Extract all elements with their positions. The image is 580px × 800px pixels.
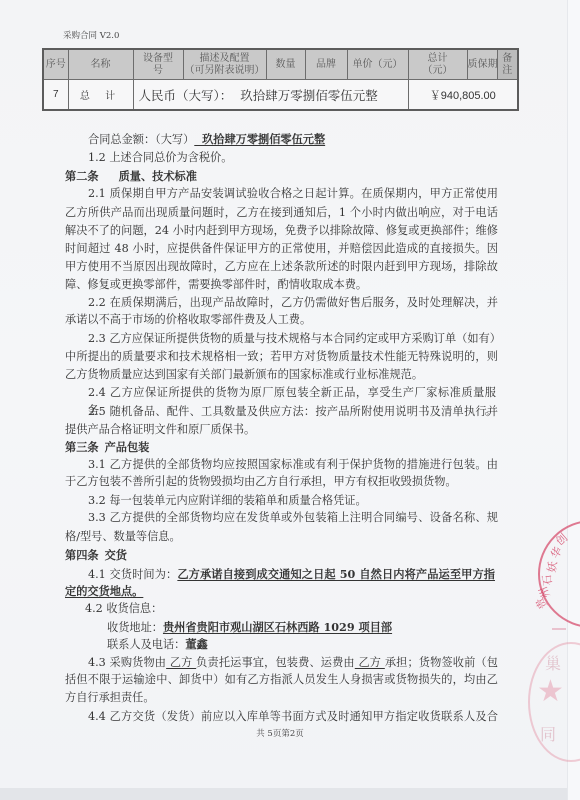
row-name: 总 计 <box>68 80 133 111</box>
delivery-address-line: 收货地址：贵州省贵阳市观山湖区石林西路 1029 项目部 <box>107 618 392 636</box>
header-label: 总计 <box>409 53 467 65</box>
clause-2-1-line: 2.1 质保期自甲方产品安装调试验收合格之日起计算。在质保期内，甲方正常使用 <box>88 185 498 203</box>
header-brand: 品牌 <box>305 49 347 80</box>
article-number: 第二条 <box>65 169 99 183</box>
header-label-line2: （元） <box>409 65 467 77</box>
text: 负责托运事宜，包装费、运费由 <box>196 656 355 669</box>
article-number: 第三条 <box>65 440 99 454</box>
clause-2-4: 2.4 乙方应保证所提供的货物为原厂原包装全新正品，享受生产厂家标准质量服务。 <box>88 384 496 402</box>
header-label: 品牌 <box>306 59 347 71</box>
clause-2-3-line: 中所提出的质量要求和技术规格相一致；若甲方对货物质量技术性能无特殊说明的，则 <box>65 348 498 366</box>
header-total: 总计（元） <box>408 49 467 80</box>
seal-char: 同 <box>540 727 556 743</box>
header-quantity: 数量 <box>266 49 305 80</box>
clause-2-1-line: 甲方使用不当原因出现故障时，乙方应在上述条款所述的时限内赶到甲方现场，排除故 <box>65 258 498 276</box>
clause-4-1-line: 定的交货地点。 <box>65 582 143 600</box>
clause-1-2: 1.2 上述合同总价为含税价。 <box>88 149 232 167</box>
row-index: 7 <box>43 80 68 111</box>
article-number: 第四条 <box>65 548 99 562</box>
delivery-time-underlined: 乙方承诺自接到成交通知之日起 50 自然日内将产品运至甲方指 <box>177 567 495 581</box>
article-2-heading: 第二条质量、技术标准 <box>65 167 197 185</box>
clause-3-2: 3.2 每一包装单元内应附详细的装箱单和质量合格凭证。 <box>88 492 367 510</box>
text: 承担；货物签收前（包 <box>385 656 498 669</box>
contact-value: 董鑫 <box>185 637 207 651</box>
clause-4-2: 4.2 收货信息： <box>85 600 162 618</box>
table-header-row: 序号 名称 设备型号 描述及配置（可另附表说明） 数量 品牌 单价（元） 总计（… <box>43 49 518 80</box>
text: 4.3 采购货物由 <box>88 656 166 669</box>
table-row: 7 总 计 人民币（大写）： 玖拾肆万零捌佰零伍元整 ￥940,805.00 <box>43 80 518 111</box>
article-title: 质量、技术标准 <box>119 169 197 183</box>
header-label: 名称 <box>69 59 133 71</box>
seal-char: 石 <box>540 572 556 588</box>
header-label-line2: 号 <box>134 65 183 77</box>
text: 合同总金额：（大写） <box>88 133 194 146</box>
running-header: 采购合同 V2.0 <box>63 31 119 42</box>
clause-2-2-line: 承诺以不高于市场的价格收取零部件费及人工费。 <box>65 311 311 329</box>
clause-4-4-line: 4.4 乙方交货（发货）前应以入库单等书面方式及时通知甲方指定收货联系人及合 <box>88 708 498 726</box>
header-label-line2: （可另附表说明） <box>184 65 266 77</box>
star-icon: ★ <box>537 677 564 707</box>
clause-3-3-line: 3.3 乙方提供的全部货物均应在发货单或外包装箱上注明合同编号、设备名称、规 <box>88 509 498 527</box>
clause-2-5-line: 提供产品合格证明文件和原厂质保书。 <box>65 421 255 439</box>
seal-char: 巢 <box>545 656 561 672</box>
clause-3-1-line: 于乙方包装不善所引起的货物毁损均由乙方自行承担，甲方有权拒收毁损货物。 <box>65 473 457 491</box>
clause-2-2-line: 2.2 在质保期满后，出现产品故障时，乙方仍需做好售后服务，及时处理解决，并 <box>88 294 498 312</box>
header-label: 描述及配置 <box>184 53 266 65</box>
clause-2-5-line: 2.5 随机备品、配件、工具数量及供应方法：按产品所附使用说明书及清单执行并 <box>88 403 498 421</box>
seal-mark <box>552 628 566 630</box>
contact-line: 联系人及电话：董鑫 <box>107 635 208 653</box>
items-table: 序号 名称 设备型号 描述及配置（可另附表说明） 数量 品牌 单价（元） 总计（… <box>42 48 519 111</box>
address-label: 收货地址： <box>107 621 163 634</box>
clause-4-1-line: 4.1 交货时间为：乙方承诺自接到成交通知之日起 50 自然日内将产品运至甲方指 <box>88 565 495 583</box>
page-indicator: 共 5页第2页 <box>230 729 330 740</box>
clause-2-1-line: 时间超过 48 小时，应提供备件保证甲方的正常使用，并赔偿因此造成的直接损失。因 <box>65 240 498 258</box>
clause-2-3-line: 2.3 乙方应保证所提供货物的质量与技术规格与本合同约定或甲方采购订单（如有） <box>88 330 498 348</box>
header-label: 设备型 <box>134 53 183 65</box>
clause-3-3-line: 格/型号、数量等信息。 <box>65 528 181 546</box>
contract-total-line: 合同总金额：（大写） 玖拾肆万零捌佰零伍元整 <box>88 130 325 148</box>
address-value: 贵州省贵阳市观山湖区石林西路 1029 项目部 <box>163 620 392 634</box>
header-label: 单价（元） <box>348 59 408 71</box>
cost-party-underlined: 乙方 <box>355 656 385 669</box>
total-in-words-underlined: 玖拾肆万零捌佰零伍元整 <box>194 132 325 146</box>
text: 4.1 交货时间为： <box>88 568 177 581</box>
header-label: 质保期 <box>468 59 497 71</box>
article-4-heading: 第四条交货 <box>65 546 127 564</box>
header-label: 备 <box>498 53 518 65</box>
article-title: 产品包装 <box>105 440 150 454</box>
header-index: 序号 <box>43 49 68 80</box>
header-name: 名称 <box>68 49 133 80</box>
clause-3-1-line: 3.1 乙方提供的全部货物均应按照国家标准或有利于保护货物的措施进行包装。由 <box>88 456 498 474</box>
row-amount-in-words: 人民币（大写）： 玖拾肆万零捌佰零伍元整 <box>133 80 408 111</box>
row-total: ￥940,805.00 <box>408 80 518 111</box>
clause-2-3-line: 乙方货物质量应达到国家有关部门最新颁布的国家标准或行业标准规范。 <box>65 366 423 384</box>
header-warranty: 质保期 <box>467 49 497 80</box>
header-label: 序号 <box>44 59 68 71</box>
header-label: 数量 <box>267 59 305 71</box>
delivery-place-underlined: 定的交货地点。 <box>65 584 143 598</box>
clause-4-3-line: 4.3 采购货物由 乙方 负责托运事宜，包装费、运费由 乙方 承担；货物签收前（… <box>88 654 498 672</box>
clause-2-1-line: 解决不了的问题，24 小时内赶到甲方现场，免费予以排除故障、修复或更换部件；维修 <box>65 222 498 240</box>
header-remarks: 备注 <box>497 49 518 80</box>
article-title: 交货 <box>105 548 127 562</box>
clause-2-1-line: 障、修复或更换零部件，需要换零部件时，酌情收取成本费。 <box>65 276 367 294</box>
page-edge-bottom <box>0 788 567 800</box>
carrier-party-underlined: 乙方 <box>166 656 196 669</box>
clause-4-3-line: 括但不限于运输途中、卸货中）如有乙方指派人员发生人身损害或货物损失的，均由乙 <box>65 671 498 689</box>
header-description: 描述及配置（可另附表说明） <box>183 49 266 80</box>
clause-2-1-line: 乙方所供产品而出现质量问题时，乙方在接到通知后，1 个小时内做出响应，对于电话 <box>65 204 498 222</box>
header-unit-price: 单价（元） <box>347 49 408 80</box>
header-label-line2: 注 <box>498 65 518 77</box>
clause-4-3-line: 方自行承担责任。 <box>65 689 155 707</box>
contact-label: 联系人及电话： <box>107 638 185 651</box>
header-model: 设备型号 <box>133 49 183 80</box>
article-3-heading: 第三条产品包装 <box>65 438 149 456</box>
